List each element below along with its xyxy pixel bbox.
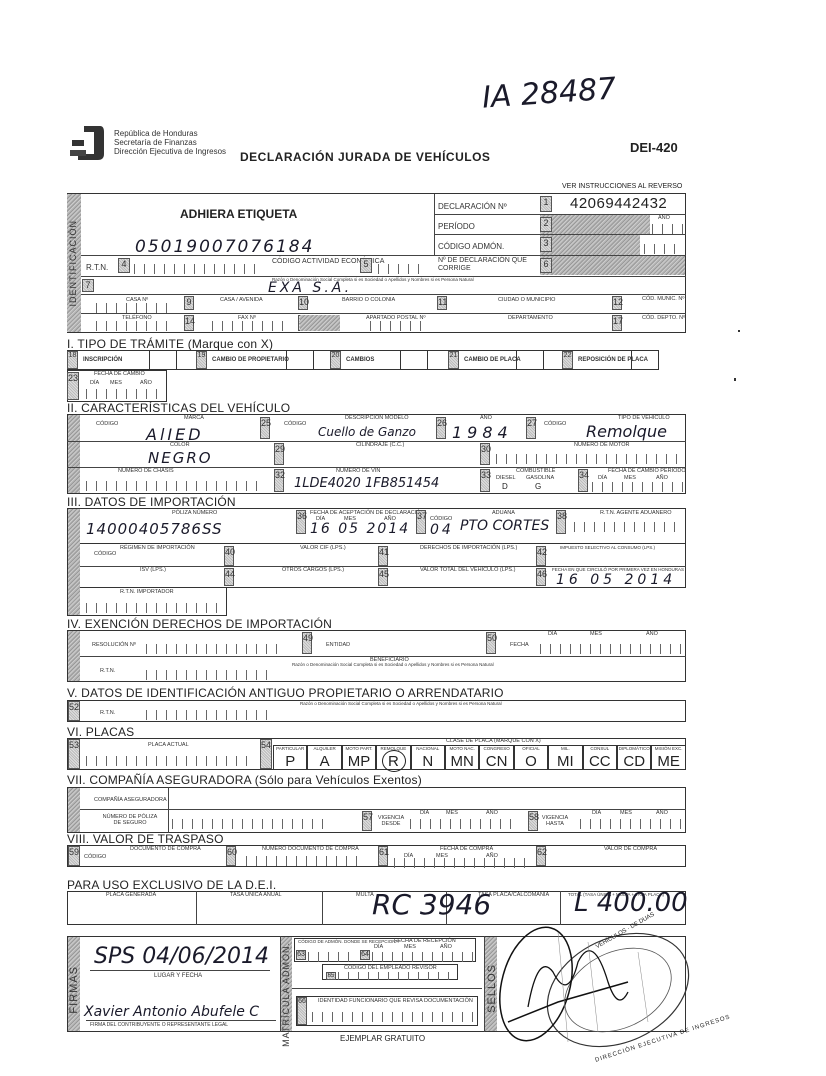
color-value: NEGRO <box>148 449 213 467</box>
calle-label: CASA / AVENIDA <box>220 297 263 303</box>
tramite-option-checkbox[interactable] <box>631 350 659 370</box>
documento-compra-label: DOCUMENTO DE COMPRA <box>130 846 201 852</box>
field-number: 25 <box>260 417 270 439</box>
field-number: 57 <box>362 811 372 831</box>
rtn-agente-label: R.T.N. AGENTE ADUANERO <box>600 510 672 516</box>
field-number: 41 <box>378 546 388 566</box>
field-number: 21 <box>448 351 459 369</box>
field-number: 37 <box>416 510 426 534</box>
plate-class-code: O <box>514 753 548 770</box>
plate-class-label: NACIONAL <box>412 746 444 751</box>
plate-class-label: ALQUILER <box>308 746 340 751</box>
dia-label: DÍA <box>374 944 383 950</box>
aduana-label: ADUANA <box>492 510 515 516</box>
field-number: 54 <box>260 739 272 769</box>
antiguo-rtn-input[interactable] <box>146 710 274 720</box>
gasolina-option[interactable]: G <box>535 482 541 491</box>
periodo-label: PERÍODO <box>438 222 475 231</box>
tramite-option-checkbox[interactable] <box>149 350 177 370</box>
identidad-funcionario-input[interactable] <box>312 1012 476 1022</box>
field-number: 5 <box>360 258 372 273</box>
telefono-input[interactable] <box>96 321 176 331</box>
periodo-year-input[interactable] <box>652 224 684 234</box>
placa-actual-label: PLACA ACTUAL <box>148 742 189 748</box>
fecha-cambio-label: FECHA DE CAMBIO <box>94 371 145 377</box>
field-number: 34 <box>578 469 588 492</box>
section-title-antiguo: V. DATOS DE IDENTIFICACIÓN ANTIGUO PROPI… <box>67 686 504 700</box>
recibo-value: RC 3946 <box>372 888 491 921</box>
field-number: 3 <box>540 237 552 252</box>
field-number: 18 <box>67 351 78 369</box>
declaracion-label: DECLARACIÓN Nº <box>438 202 507 211</box>
field-number: 61 <box>378 846 388 866</box>
poliza-seguro-label: NÚMERO DE PÓLIZA DE SEGURO <box>100 814 160 826</box>
cod-admon-input[interactable] <box>308 952 356 962</box>
field-number: 19 <box>196 351 207 369</box>
plate-class-label: MIL. <box>549 746 581 751</box>
vigencia-desde-input[interactable] <box>410 819 520 829</box>
numero-documento-label: NÚMERO DOCUMENTO DE COMPRA <box>262 846 359 852</box>
field-number: 62 <box>536 846 546 866</box>
plate-class-label: MISIÓN EXC. <box>652 746 684 751</box>
selected-plate-circle <box>382 750 406 772</box>
sticker-label: ADHIERA ETIQUETA <box>180 207 297 221</box>
gasolina-label: GASOLINA <box>526 475 554 481</box>
vigencia-desde-label-text: VIGENCIA DESDE <box>378 815 404 827</box>
scan-speck <box>738 330 740 332</box>
chasis-input[interactable] <box>86 481 266 491</box>
resolucion-input[interactable] <box>146 644 286 654</box>
field-number: 17 <box>612 315 622 331</box>
field-number: 2 <box>540 217 552 232</box>
tasa-unica-label: TASA ÚNICA ANUAL <box>230 892 282 898</box>
fecha-circulo-value: 16 05 2014 <box>556 572 676 588</box>
corrige-label: Nº DE DECLARACIÓN QUE CORRIGE <box>438 257 533 273</box>
org-line: Dirección Ejecutiva de Ingresos <box>114 147 226 156</box>
corrige-shaded <box>540 256 685 275</box>
plate-class-code: CD <box>617 753 651 770</box>
identificacion-side-label: IDENTIFICACIÓN <box>68 220 78 307</box>
dia-label: DÍA <box>420 810 429 816</box>
field-number: 29 <box>274 443 284 465</box>
field-number: 46 <box>536 568 546 586</box>
vigencia-hasta-label: VIGENCIA HASTA <box>540 815 570 827</box>
modelo-label: DESCRIPCIÓN MODELO <box>345 415 409 421</box>
resolucion-label: RESOLUCIÓN Nº <box>92 642 136 648</box>
firma-label: FIRMA DEL CONTRIBUYENTE O REPRESENTANTE … <box>90 1022 228 1028</box>
codigo-label: CÓDIGO <box>284 421 306 427</box>
plate-class-code: CC <box>583 753 617 770</box>
field-number: 65 <box>326 972 336 980</box>
field-number: 33 <box>480 469 490 492</box>
cod-munic-label: CÓD. MUNIC. Nº <box>642 296 684 302</box>
plate-class-code: ME <box>651 753 685 770</box>
dia-label: DÍA <box>598 475 607 481</box>
color-label: COLOR <box>170 442 190 448</box>
section-title-exencion: IV. EXENCIÓN DERECHOS DE IMPORTACIÓN <box>67 617 332 631</box>
field-number: 52 <box>68 701 80 721</box>
field-number: 60 <box>226 846 236 866</box>
field-number: 22 <box>562 351 573 369</box>
mes-label: MES <box>404 944 416 950</box>
sellos-side-label: SELLOS <box>486 964 498 1013</box>
vigencia-hasta-input[interactable] <box>580 819 684 829</box>
cilindraje-label: CILINDRAJE (C.C.) <box>356 442 404 448</box>
section-title-traspaso: VIII. VALOR DE TRASPASO <box>67 832 224 846</box>
anio-label: AÑO <box>140 380 152 386</box>
field-number: 26 <box>436 417 446 439</box>
poliza-label: PÓLIZA NÚMERO <box>172 510 217 516</box>
razon-label: Razón o Denominación Social Completa si … <box>292 662 494 667</box>
rtn-importador-label: R.T.N. IMPORTADOR <box>120 589 174 595</box>
regimen-label: RÉGIMEN DE IMPORTACIÓN <box>120 545 195 551</box>
dia-label: DÍA <box>592 810 601 816</box>
footer-note: EJEMPLAR GRATUITO <box>340 1034 425 1043</box>
field-number: 1 <box>540 196 552 212</box>
field-number: 32 <box>274 469 284 492</box>
tramite-option-label: CAMBIOS <box>346 357 374 363</box>
admon-label: CÓDIGO ADMÓN. <box>438 242 504 251</box>
derechos-label: DERECHOS DE IMPORTACIÓN (LPS.) <box>420 545 517 551</box>
admon-shaded <box>540 235 640 255</box>
field-number: 10 <box>298 296 308 310</box>
cod-admon-label: CÓDIGO DE ADMÓN. DONDE SE RECEPCIONA <box>298 939 399 944</box>
section-title-dei: PARA USO EXCLUSIVO DE LA D.E.I. <box>67 878 276 892</box>
barrio-label: BARRIO O COLONIA <box>342 297 395 303</box>
plate-class-label: PARTICULAR <box>274 746 306 751</box>
motor-label: NÚMERO DE MOTOR <box>574 442 630 448</box>
field-number: 45 <box>378 568 388 586</box>
vin-value: 1LDE4020 1FB851454 <box>294 476 439 491</box>
otros-cargos-label: OTROS CARGOS (LPS.) <box>282 567 344 573</box>
field-number: 50 <box>486 632 496 654</box>
field-number: 30 <box>480 443 490 465</box>
fecha-aceptacion-value: 16 05 2014 <box>310 521 410 537</box>
form-code: DEI-420 <box>630 140 678 155</box>
tramite-option-label: CAMBIO DE PLACA <box>464 357 521 363</box>
anio-label: AÑO <box>480 415 492 421</box>
codigo-label: CÓDIGO <box>96 421 118 427</box>
tipo-label: TIPO DE VEHÍCULO <box>618 415 670 421</box>
plate-class-code: MI <box>548 753 582 770</box>
field-number: 53 <box>68 739 80 769</box>
rtn-label: R.T.N. <box>86 263 108 272</box>
tramite-option-checkbox[interactable] <box>400 350 428 370</box>
isv-label: ISV (LPS.) <box>140 567 166 573</box>
plate-class-label: CONSUL <box>584 746 616 751</box>
plate-class-label: MOTO PART. <box>343 746 375 751</box>
firmas-side-label: FIRMAS <box>68 966 80 1014</box>
mes-label: MES <box>624 475 636 481</box>
tipo-value: Remolque <box>586 422 667 441</box>
mes-label: MES <box>620 810 632 816</box>
codigo-label: CÓDIGO <box>84 854 106 860</box>
plate-class-label: OFICIAL <box>515 746 547 751</box>
valor-total-label: VALOR TOTAL DEL VEHÍCULO (LPS.) <box>420 567 515 573</box>
org-line: Secretaría de Finanzas <box>114 138 226 147</box>
regimen-codigo-label: CÓDIGO <box>94 551 116 557</box>
field-number: 42 <box>536 546 546 566</box>
modelo-value: Cuello de Ganzo <box>318 425 416 439</box>
plate-class-code: N <box>411 753 445 770</box>
section-title-placas: VI. PLACAS <box>67 725 134 739</box>
placa-generada-label: PLACA GENERADA <box>106 892 156 898</box>
declaracion-number: 42069442432 <box>570 195 667 212</box>
impuesto-label: IMPUESTO SELECTIVO AL CONSUMO (LPS.) <box>560 545 655 550</box>
fecha-cambio-periodo-input[interactable] <box>592 482 684 492</box>
rtn-handwritten: 05019007076184 <box>135 237 314 257</box>
tramite-option-label: CAMBIO DE PROPIETARIO <box>212 357 289 363</box>
fecha-aceptacion-label: FECHA DE ACEPTACIÓN DE DECLARACIÓN <box>310 510 425 516</box>
clase-placa-label: CLASE DE PLACA (Marque con X) <box>446 738 541 744</box>
plate-class-code: MN <box>445 753 479 770</box>
diesel-option[interactable]: D <box>502 482 508 491</box>
poliza-seguro-label-text: NÚMERO DE PÓLIZA DE SEGURO <box>103 814 158 826</box>
plate-class-code: CN <box>479 753 513 770</box>
rtn-agente-input[interactable] <box>574 522 684 532</box>
rtn-importador-input[interactable] <box>86 603 224 613</box>
motor-input[interactable] <box>496 454 684 464</box>
anio-value: 1984 <box>452 423 513 442</box>
placa-actual-input[interactable] <box>86 756 256 766</box>
org-name: República de Honduras Secretaría de Fina… <box>114 129 226 156</box>
field-number: 9 <box>184 296 194 310</box>
fecha-recepcion-input[interactable] <box>372 952 474 962</box>
field-number: 63 <box>296 950 306 960</box>
empleado-revisor-input[interactable] <box>338 972 456 980</box>
firma-value: Xavier Antonio Abufele C <box>84 1004 259 1020</box>
rtn-label: R.T.N. <box>100 668 115 674</box>
section-title-tramite: I. TIPO DE TRÁMITE (Marque con X) <box>67 337 273 351</box>
scan-speck <box>734 378 736 381</box>
ciudad-label: CIUDAD O MUNICIPIO <box>498 297 555 303</box>
valor-compra-label: VALOR DE COMPRA <box>604 846 657 852</box>
plate-class-code: MP <box>342 753 376 770</box>
field-number: 38 <box>556 510 566 534</box>
tramite-option-checkbox[interactable] <box>516 350 544 370</box>
form-title: DECLARACIÓN JURADA DE VEHÍCULOS <box>240 150 490 164</box>
field-number: 64 <box>360 950 370 960</box>
anio-label: AÑO <box>646 631 658 637</box>
lugar-fecha-value: SPS 04/06/2014 <box>94 944 269 969</box>
rtn-input[interactable] <box>134 264 264 274</box>
field-number: 27 <box>526 417 536 439</box>
dia-label: DÍA <box>90 380 99 386</box>
identidad-funcionario-label: IDENTIDAD FUNCIONARIO QUE REVISA DOCUMEN… <box>318 998 473 1004</box>
fecha-compra-label: FECHA DE COMPRA <box>440 846 493 852</box>
anio-label: AÑO <box>658 215 670 221</box>
plate-class-code: P <box>273 753 307 770</box>
anio-label: AÑO <box>440 944 452 950</box>
fecha-cambio-periodo-label: FECHA DE CAMBIO PERÍODO <box>608 468 686 474</box>
periodo-shaded <box>540 215 650 234</box>
poliza-value: 14000405786SS <box>86 520 223 538</box>
codigo-label: CÓDIGO <box>544 421 566 427</box>
poliza-seguro-input[interactable] <box>172 819 330 829</box>
handwritten-reference: IA 28487 <box>481 71 617 115</box>
dia-label: DÍA <box>548 631 557 637</box>
beneficiario-rtn-input[interactable] <box>146 670 274 680</box>
fecha-label: FECHA <box>510 642 529 648</box>
aduana-codigo-value: 04 <box>430 522 454 538</box>
field-number: 66 <box>297 997 307 1025</box>
plate-class-label: DIPLOMÁTICO <box>618 746 650 751</box>
admon-input[interactable] <box>644 244 684 254</box>
field-number: 44 <box>224 568 234 586</box>
corrige-label-text: Nº DE DECLARACIÓN QUE CORRIGE <box>438 257 527 272</box>
depto-label: DEPARTAMENTO <box>508 315 553 321</box>
fecha-compra-input[interactable] <box>394 858 528 868</box>
section-title-aseguradora: VII. COMPAÑÍA ASEGURADORA (Sólo para Veh… <box>67 773 422 787</box>
plate-class-label: MOTO NAC. <box>446 746 478 751</box>
plate-class-label: CONGRESO <box>480 746 512 751</box>
valor-cif-label: VALOR CIF (LPS.) <box>300 545 346 551</box>
field-number: 20 <box>330 351 341 369</box>
fax-input[interactable] <box>212 321 292 331</box>
field-number: 6 <box>540 258 552 273</box>
apartado-input[interactable] <box>370 321 430 331</box>
entidad-label: ENTIDAD <box>326 642 350 648</box>
cod-depto-label: CÓD. DEPTO. Nº <box>642 315 685 321</box>
field-number: 23 <box>67 372 79 400</box>
section-title-vehiculo: II. CARACTERÍSTICAS DEL VEHÍCULO <box>67 401 290 415</box>
vigencia-hasta-label-text: VIGENCIA HASTA <box>542 815 568 827</box>
vin-label: NÚMERO DE VIN <box>336 468 380 474</box>
field-number: 40 <box>224 546 234 566</box>
field-number: 49 <box>302 632 312 654</box>
chasis-label: NÚMERO DE CHASIS <box>118 468 174 474</box>
fecha-cambio-input[interactable] <box>86 389 164 399</box>
empleado-revisor-label: CÓDIGO DEL EMPLEADO REVISOR <box>344 965 437 971</box>
aduana-value: PTO CORTES <box>460 518 549 534</box>
numero-documento-input[interactable] <box>246 856 362 866</box>
dei-logo-icon <box>70 124 106 162</box>
mes-label: MES <box>446 810 458 816</box>
casa-input[interactable] <box>96 303 176 313</box>
razon-label: Razón o Denominación Social Completa si … <box>300 701 502 706</box>
field-number: 11 <box>437 296 447 310</box>
instructions-note: VER INSTRUCCIONES AL REVERSO <box>562 183 682 190</box>
field-number: 58 <box>528 811 538 831</box>
field-number: 12 <box>612 296 622 310</box>
matricula-side-label: MATRÍCULA ADMON. <box>281 942 291 1047</box>
anio-label: AÑO <box>656 475 668 481</box>
diesel-label: DIESEL <box>496 475 516 481</box>
compania-label: COMPAÑÍA ASEGURADORA <box>94 797 167 803</box>
mes-label: MES <box>110 380 122 386</box>
field-number: 36 <box>296 510 306 534</box>
org-line: República de Honduras <box>114 129 226 138</box>
tramite-option-checkbox[interactable] <box>286 350 314 370</box>
rtn-label: R.T.N. <box>100 710 115 716</box>
exencion-fecha-input[interactable] <box>540 644 684 654</box>
plate-class-code: A <box>307 753 341 770</box>
field-number: 4 <box>118 258 130 273</box>
field-number: 7 <box>82 279 94 292</box>
actividad-input[interactable] <box>378 264 420 274</box>
lugar-fecha-label: LUGAR Y FECHA <box>154 973 202 979</box>
section-title-importacion: III. DATOS DE IMPORTACIÓN <box>67 495 236 509</box>
tramite-option-label: INSCRIPCIÓN <box>83 357 122 363</box>
marca-label: MARCA <box>184 415 204 421</box>
mes-label: MES <box>590 631 602 637</box>
field-number: 59 <box>68 846 80 866</box>
combustible-label: COMBUSTIBLE <box>516 468 555 474</box>
vigencia-desde-label: VIGENCIA DESDE <box>376 815 406 827</box>
field-number: 14 <box>184 315 194 331</box>
anio-label: AÑO <box>656 810 668 816</box>
anio-label: AÑO <box>486 810 498 816</box>
